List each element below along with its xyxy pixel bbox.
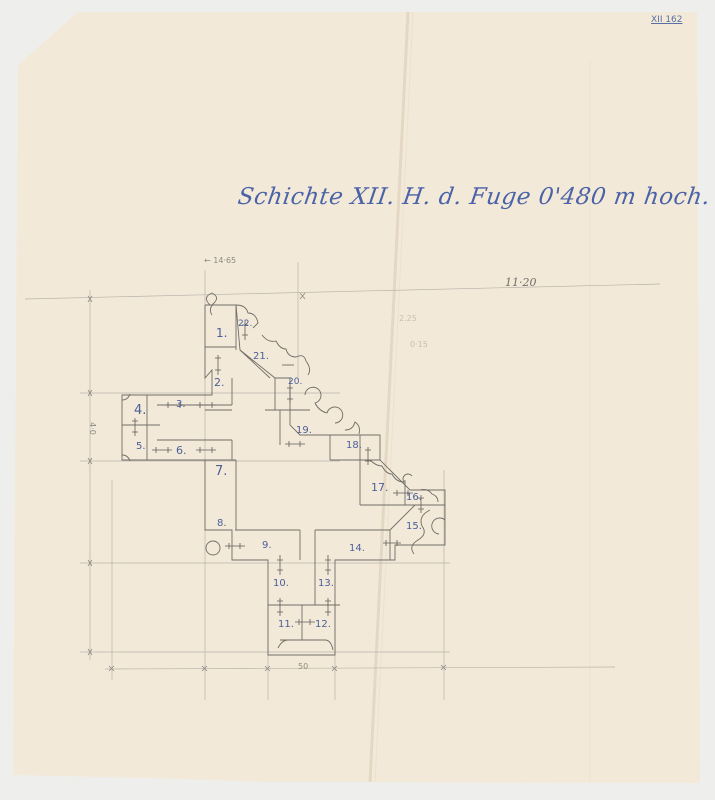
stone-label-19: 19.	[296, 425, 312, 436]
stone-label-11: 11.	[278, 619, 294, 630]
document-title: Schichte XII. H. d. Fuge 0'480 m hoch.	[236, 184, 712, 210]
stone-label-17: 17.	[371, 481, 389, 494]
stone-label-18: 18.	[346, 440, 362, 451]
stone-label-9: 9.	[262, 540, 272, 551]
dimension-faint-1: 2.25	[399, 314, 417, 323]
stone-label-10: 10.	[273, 578, 289, 589]
stone-label-7: 7.	[215, 464, 227, 479]
dimension-bottom: 50	[298, 662, 308, 671]
stone-label-2: 2.	[214, 376, 225, 389]
stone-label-20: 20.	[288, 377, 302, 387]
stone-label-16: 16.	[406, 492, 422, 503]
stone-label-6: 6.	[176, 444, 187, 457]
stone-label-13: 13.	[318, 578, 334, 589]
dimension-top-right: 11·20	[505, 276, 537, 289]
stone-label-14: 14.	[349, 543, 365, 554]
stone-label-8: 8.	[217, 518, 227, 529]
paper-sheet	[0, 0, 715, 800]
stone-label-22: 22.	[238, 319, 252, 329]
dimension-left: 4·0	[88, 422, 97, 435]
archive-reference: XII 162	[651, 15, 683, 25]
stone-label-3: 3.	[176, 399, 186, 410]
dimension-faint-2: 0·15	[410, 340, 428, 349]
stone-label-5: 5.	[136, 441, 146, 452]
stone-label-12: 12.	[315, 619, 331, 630]
stone-label-21: 21.	[253, 351, 269, 362]
dimension-top-left: ← 14·65	[204, 256, 236, 265]
stone-label-1: 1.	[216, 326, 227, 340]
stone-label-15: 15.	[406, 521, 422, 532]
stone-label-4: 4.	[134, 403, 146, 418]
